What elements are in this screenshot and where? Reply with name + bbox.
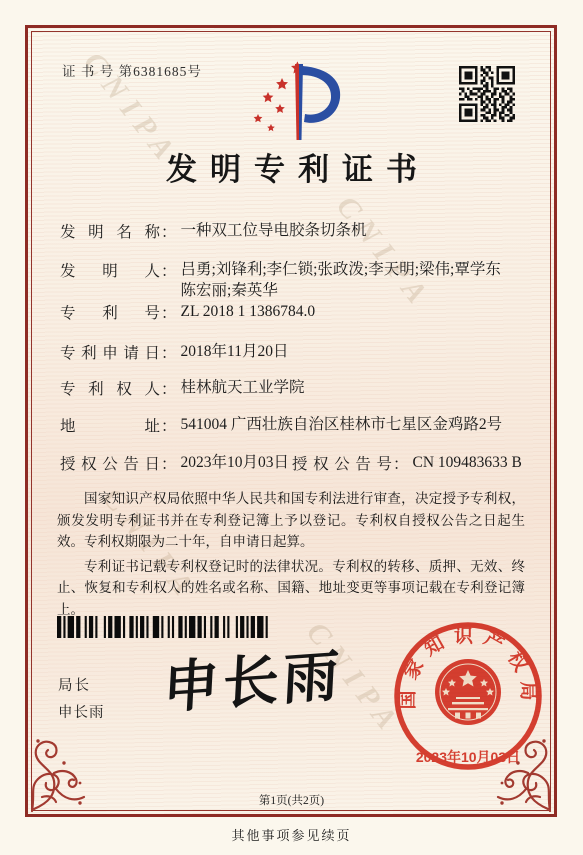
continuation-note: 其他事项参见续页 bbox=[0, 825, 583, 844]
logo-wedge-red bbox=[295, 64, 299, 140]
logo-wedge-blue bbox=[299, 64, 303, 140]
filing-date-value: 2018年11月20日 bbox=[181, 341, 289, 362]
inventors-value: 吕勇;刘锋利;李仁锁;张政泼;李天明;梁伟;覃学东陈宏丽;秦英华 bbox=[181, 259, 501, 301]
field-label: 授权公告日 bbox=[60, 452, 160, 474]
field-label: 发明名称 bbox=[60, 220, 160, 242]
patent-number-value: ZL 2018 1 1386784.0 bbox=[181, 301, 316, 322]
address-value: 541004 广西壮族自治区桂林市七星区金鸡路2号 bbox=[181, 414, 503, 435]
page-title: 发明专利证书 bbox=[0, 144, 583, 189]
grant-date-value: 2023年10月03日 bbox=[181, 452, 290, 473]
certificate-number: 证 书 号 第6381685号 bbox=[62, 60, 202, 80]
patentee-value: 桂林航天工业学院 bbox=[181, 377, 305, 398]
legal-paragraph: 专利证书记载专利权登记时的法律状况。专利权的转移、质押、无效、终止、恢复和专利权… bbox=[57, 556, 525, 621]
cnipa-logo-icon bbox=[238, 56, 356, 148]
field-patentee: 专利权人：桂林航天工业学院 bbox=[60, 377, 537, 399]
qr-code bbox=[459, 66, 515, 122]
field-label: 专利申请日 bbox=[60, 341, 160, 363]
field-filing-date: 专利申请日：2018年11月20日 bbox=[60, 341, 537, 363]
invention-name-value: 一种双工位导电胶条切条机 bbox=[181, 220, 367, 241]
field-label: 专利权人 bbox=[60, 377, 160, 399]
field-address: 地址：541004 广西壮族自治区桂林市七星区金鸡路2号 bbox=[60, 414, 537, 436]
field-label: 地址 bbox=[60, 414, 160, 436]
field-inventors: 发明人：吕勇;刘锋利;李仁锁;张政泼;李天明;梁伟;覃学东陈宏丽;秦英华 bbox=[60, 259, 537, 301]
field-label: 发明人 bbox=[60, 259, 160, 281]
logo-p-bowl bbox=[301, 66, 340, 123]
field-label: 授权公告号 bbox=[292, 452, 392, 474]
signatory-name: 申长雨 bbox=[58, 701, 105, 722]
field-label: 专利号 bbox=[60, 301, 160, 323]
patent-certificate-page: CNIPA CNIPA CNIPA CNIPA 证 书 号 第6381685号 … bbox=[0, 0, 583, 855]
field-grant-row: 授权公告日：2023年10月03日 授权公告号：CN 109483633 B bbox=[60, 452, 537, 474]
field-patent-number: 专利号：ZL 2018 1 1386784.0 bbox=[60, 301, 537, 323]
field-grant-number: 授权公告号：CN 109483633 B bbox=[292, 452, 522, 474]
legal-text: 国家知识产权局依照中华人民共和国专利法进行审查，决定授予专利权，颁发发明专利证书… bbox=[57, 488, 525, 623]
grant-number-value: CN 109483633 B bbox=[413, 452, 522, 473]
barcode bbox=[57, 616, 272, 638]
director-signature: 申长雨 bbox=[146, 630, 360, 725]
national-emblem-icon bbox=[435, 659, 501, 725]
page-number: 第1页(共2页) bbox=[0, 792, 583, 808]
legal-paragraph: 国家知识产权局依照中华人民共和国专利法进行审查，决定授予专利权，颁发发明专利证书… bbox=[57, 488, 525, 553]
field-invention-name: 发明名称：一种双工位导电胶条切条机 bbox=[60, 220, 537, 242]
signatory-title: 局长 bbox=[58, 674, 91, 695]
